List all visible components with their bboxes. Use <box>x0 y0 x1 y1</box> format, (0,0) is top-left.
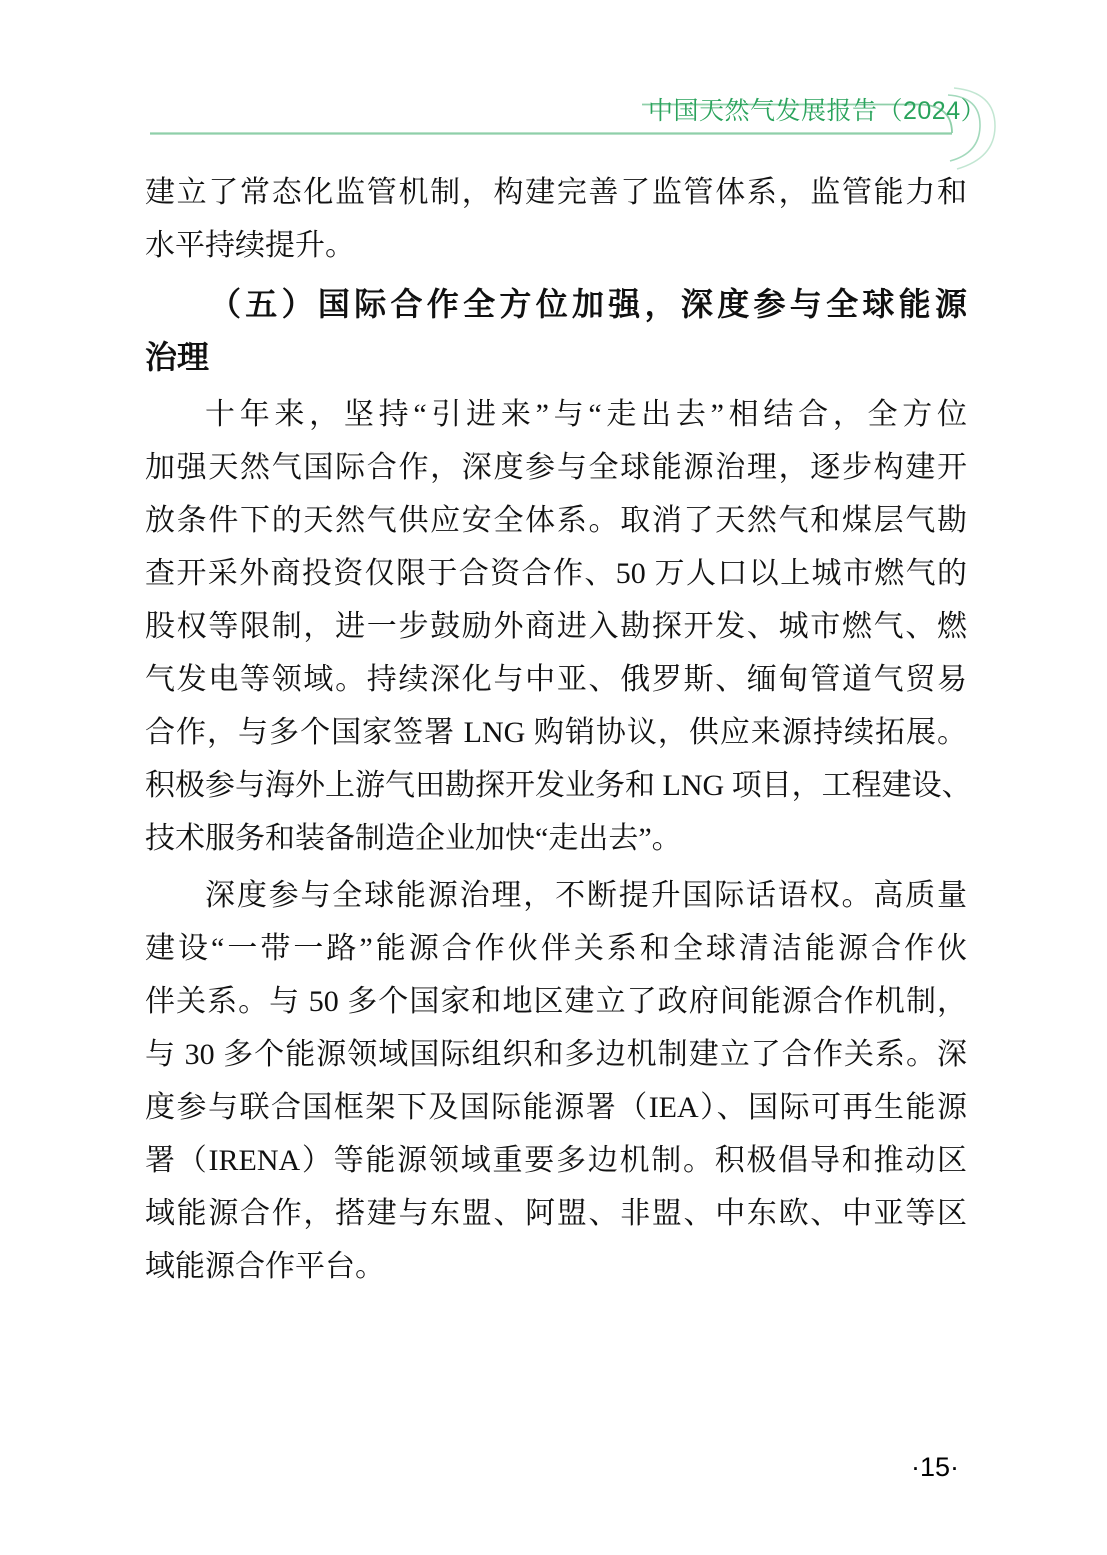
report-title: 中国天然气发展报告（2024） <box>648 92 948 130</box>
text-line: （五）国际合作全方位加强，深度参与全球能源 <box>145 278 967 331</box>
text-line: 放条件下的天然气供应安全体系。取消了天然气和煤层气勘 <box>145 494 967 547</box>
text-line: 建立了常态化监管机制，构建完善了监管体系，监管能力和 <box>145 166 967 219</box>
text-line: 加强天然气国际合作，深度参与全球能源治理，逐步构建开 <box>145 441 967 494</box>
text-line: 气发电等领域。持续深化与中亚、俄罗斯、缅甸管道气贸易 <box>145 653 967 706</box>
text-line: 伴关系。与 50 多个国家和地区建立了政府间能源合作机制， <box>145 975 967 1028</box>
document-body: 建立了常态化监管机制，构建完善了监管体系，监管能力和水平持续提升。（五）国际合作… <box>145 166 967 1293</box>
text-line: 十年来，坚持“引进来”与“走出去”相结合，全方位 <box>145 388 967 441</box>
paragraph: 十年来，坚持“引进来”与“走出去”相结合，全方位加强天然气国际合作，深度参与全球… <box>145 388 967 865</box>
section-heading: （五）国际合作全方位加强，深度参与全球能源治理 <box>145 278 967 384</box>
page-header: 中国天然气发展报告（2024） <box>0 0 1107 190</box>
text-line: 查开采外商投资仅限于合资合作、50 万人口以上城市燃气的 <box>145 547 967 600</box>
text-line: 水平持续提升。 <box>145 219 967 272</box>
text-line: 度参与联合国框架下及国际能源署（IEA）、国际可再生能源 <box>145 1081 967 1134</box>
paragraph: 深度参与全球能源治理，不断提升国际话语权。高质量建设“一带一路”能源合作伙伴关系… <box>145 869 967 1293</box>
text-line: 治理 <box>145 331 967 384</box>
text-line: 技术服务和装备制造企业加快“走出去”。 <box>145 812 967 865</box>
text-line: 域能源合作，搭建与东盟、阿盟、非盟、中东欧、中亚等区 <box>145 1187 967 1240</box>
text-line: 股权等限制，进一步鼓励外商进入勘探开发、城市燃气、燃 <box>145 600 967 653</box>
paragraph: 建立了常态化监管机制，构建完善了监管体系，监管能力和水平持续提升。 <box>145 166 967 272</box>
text-line: 建设“一带一路”能源合作伙伴关系和全球清洁能源合作伙 <box>145 922 967 975</box>
page-number: ·15· <box>905 1452 965 1483</box>
text-line: 积极参与海外上游气田勘探开发业务和 LNG 项目，工程建设、 <box>145 759 967 812</box>
text-line: 域能源合作平台。 <box>145 1240 967 1293</box>
text-line: 署（IRENA）等能源领域重要多边机制。积极倡导和推动区 <box>145 1134 967 1187</box>
text-line: 与 30 多个能源领域国际组织和多边机制建立了合作关系。深 <box>145 1028 967 1081</box>
text-line: 合作，与多个国家签署 LNG 购销协议，供应来源持续拓展。 <box>145 706 967 759</box>
text-line: 深度参与全球能源治理，不断提升国际话语权。高质量 <box>145 869 967 922</box>
